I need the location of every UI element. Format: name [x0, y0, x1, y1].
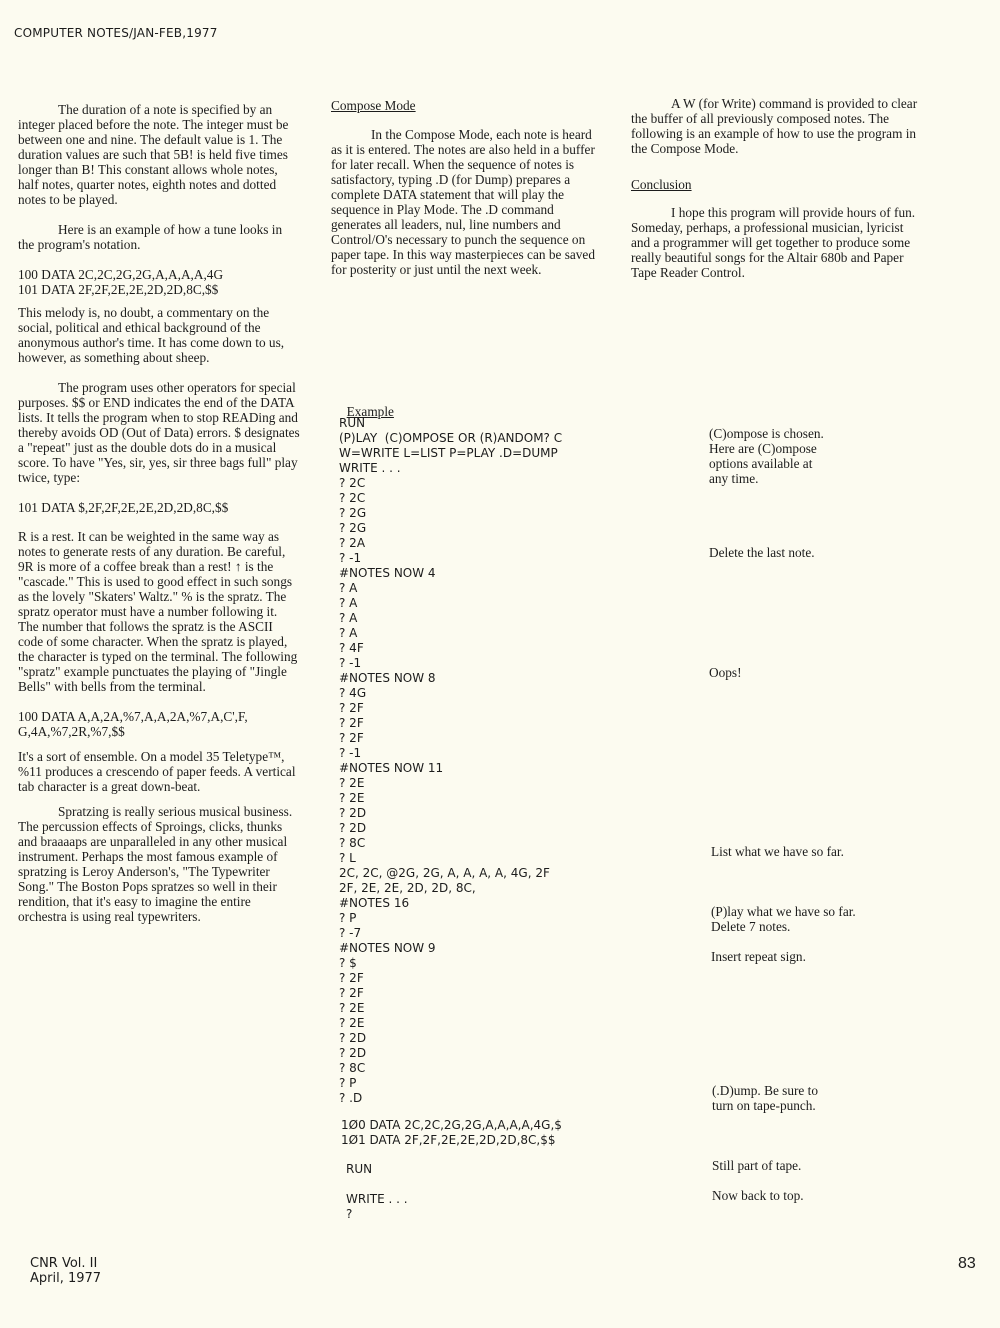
listing-line: ? 2D [339, 1046, 639, 1061]
listing-line: #NOTES NOW 4 [339, 566, 639, 581]
dump-output: 1Ø0 DATA 2C,2C,2G,2G,A,A,A,A,4G,$ 1Ø1 DA… [341, 1118, 562, 1148]
listing-line: #NOTES NOW 9 [339, 941, 639, 956]
listing-line: ? 4F [339, 641, 639, 656]
listing-line: ? 2C [339, 491, 639, 506]
column-2: Compose Mode In the Compose Mode, each n… [331, 98, 603, 277]
paragraph-ensemble: It's a sort of ensemble. On a model 35 T… [18, 749, 300, 794]
listing-line: ? A [339, 581, 639, 596]
listing-line: ? 2G [339, 506, 639, 521]
column-1: The duration of a note is specified by a… [18, 102, 300, 924]
run-line: RUN [346, 1162, 372, 1177]
listing-line: ? -1 [339, 656, 639, 671]
listing-line: ? 2E [339, 791, 639, 806]
listing-line: ? A [339, 626, 639, 641]
listing-line: #NOTES 16 [339, 896, 639, 911]
listing-line: ? 2G [339, 521, 639, 536]
code-jingle: 100 DATA A,A,2A,%7,A,A,2A,%7,A,C',F, G,4… [18, 709, 300, 739]
listing-line: ? 2E [339, 1016, 639, 1031]
paragraph-write: A W (for Write) command is provided to c… [631, 96, 921, 156]
listing-line: #NOTES NOW 11 [339, 761, 639, 776]
listing-line: ? A [339, 611, 639, 626]
listing-line: ? -1 [339, 746, 639, 761]
listing-line: ? 2F [339, 731, 639, 746]
annotation-repeat: Insert repeat sign. [711, 949, 806, 964]
annotation-oops: Oops! [709, 665, 742, 680]
annotation-play: (P)lay what we have so far. Delete 7 not… [711, 904, 856, 934]
listing-line: ? 8C [339, 836, 639, 851]
page-number: 83 [958, 1255, 976, 1273]
listing-line: W=WRITE L=LIST P=PLAY .D=DUMP [339, 446, 639, 461]
paragraph-conclusion: I hope this program will provide hours o… [631, 205, 921, 280]
listing-line: ? 2D [339, 806, 639, 821]
code-tune: 100 DATA 2C,2C,2G,2G,A,A,A,A,4G 101 DATA… [18, 267, 300, 297]
listing-line: #NOTES NOW 8 [339, 671, 639, 686]
annotation-dump: (.D)ump. Be sure to turn on tape-punch. [712, 1083, 818, 1113]
code-repeat: 101 DATA $,2F,2F,2E,2E,2D,2D,8C,$$ [18, 500, 300, 515]
listing-line: RUN [339, 416, 639, 431]
listing-line: (P)LAY (C)OMPOSE OR (R)ANDOM? C [339, 431, 639, 446]
listing-line: ? -1 [339, 551, 639, 566]
listing-line: ? -7 [339, 926, 639, 941]
annotation-delete-last: Delete the last note. [709, 545, 815, 560]
heading-conclusion: Conclusion [631, 177, 692, 192]
listing-line: ? 2A [339, 536, 639, 551]
listing-line: ? 2D [339, 821, 639, 836]
paragraph-rest: R is a rest. It can be weighted in the s… [18, 529, 300, 694]
listing-line: ? P [339, 1076, 639, 1091]
listing-line: ? 2F [339, 716, 639, 731]
listing-line: WRITE . . . [339, 461, 639, 476]
example-listing: RUN(P)LAY (C)OMPOSE OR (R)ANDOM? CW=WRIT… [339, 416, 639, 1106]
column-3: A W (for Write) command is provided to c… [631, 96, 921, 280]
listing-line: ? $ [339, 956, 639, 971]
paragraph-example-intro: Here is an example of how a tune looks i… [18, 222, 300, 252]
paragraph-spratzing: Spratzing is really serious musical busi… [18, 804, 300, 924]
listing-line: ? .D [339, 1091, 639, 1106]
running-header: COMPUTER NOTES/JAN-FEB,1977 [14, 26, 218, 40]
listing-line: ? 8C [339, 1061, 639, 1076]
listing-line: 2C, 2C, @2G, 2G, A, A, A, A, 4G, 2F [339, 866, 639, 881]
paragraph-operators: The program uses other operators for spe… [18, 380, 300, 485]
annotation-still-tape: Still part of tape. [712, 1158, 801, 1173]
listing-line: ? 2C [339, 476, 639, 491]
paragraph-compose: In the Compose Mode, each note is heard … [331, 127, 603, 277]
listing-line: ? 2E [339, 776, 639, 791]
listing-line: ? 2F [339, 701, 639, 716]
heading-example-wrap: Example [340, 389, 394, 419]
prompt-line: ? [346, 1207, 352, 1222]
listing-line: ? 2E [339, 1001, 639, 1016]
annotation-compose-chosen: (C)ompose is chosen. Here are (C)ompose … [709, 426, 824, 486]
write-line: WRITE . . . [346, 1192, 408, 1207]
listing-line: ? P [339, 911, 639, 926]
annotation-back-top: Now back to top. [712, 1188, 804, 1203]
listing-line: ? 4G [339, 686, 639, 701]
listing-line: ? 2F [339, 971, 639, 986]
listing-line: ? 2F [339, 986, 639, 1001]
listing-line: ? 2D [339, 1031, 639, 1046]
paragraph-melody: This melody is, no doubt, a commentary o… [18, 305, 300, 365]
listing-line: ? A [339, 596, 639, 611]
annotation-list: List what we have so far. [711, 844, 844, 859]
heading-compose-mode: Compose Mode [331, 98, 416, 113]
listing-line: 2F, 2E, 2E, 2D, 2D, 8C, [339, 881, 639, 896]
listing-line: ? L [339, 851, 639, 866]
footer-issue: CNR Vol. II April, 1977 [30, 1256, 101, 1286]
paragraph-duration: The duration of a note is specified by a… [18, 102, 300, 207]
